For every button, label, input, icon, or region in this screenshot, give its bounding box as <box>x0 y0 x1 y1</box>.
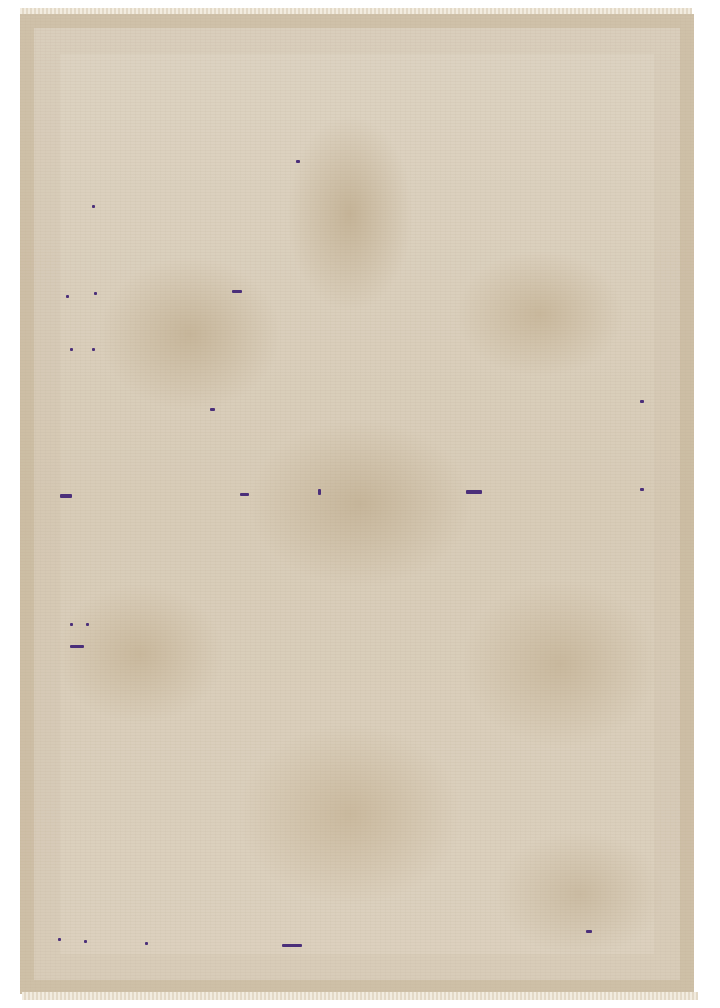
rug <box>20 14 694 994</box>
rug-fringe-bottom <box>22 992 698 1000</box>
